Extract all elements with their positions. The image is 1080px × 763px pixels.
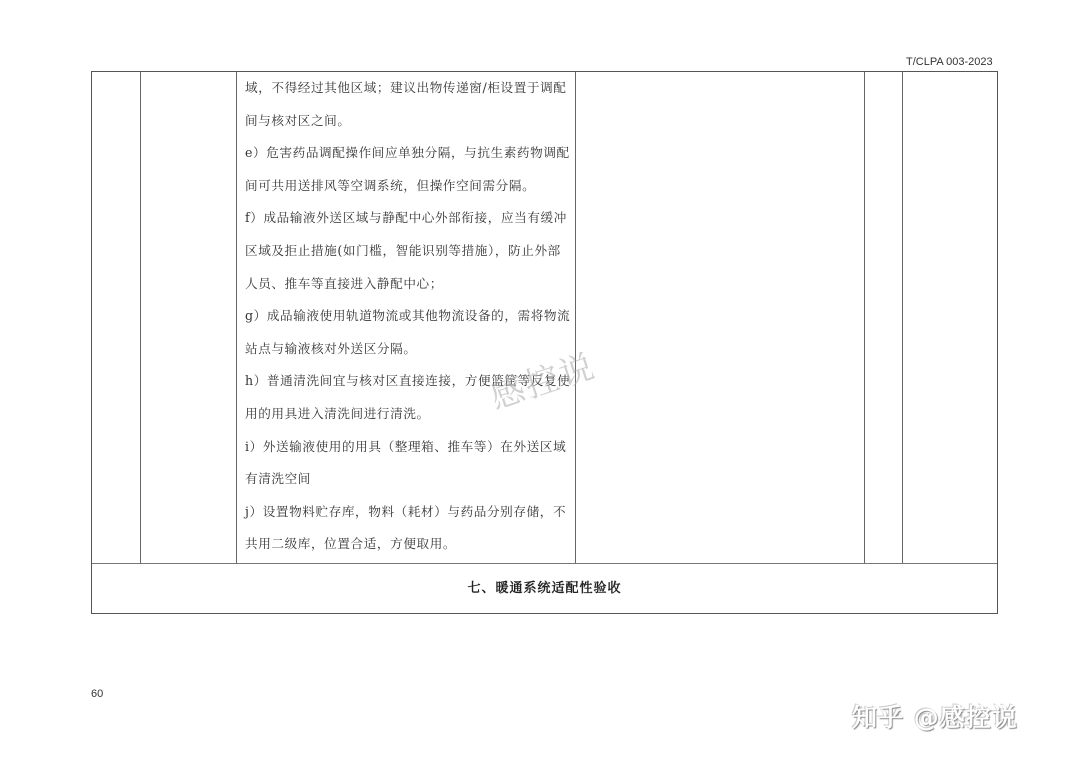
content-line: g）成品输液使用轨道物流或其他物流设备的，需将物流	[245, 300, 581, 333]
content-line: 有清洗空间	[245, 463, 581, 496]
content-line: 共用二级库，位置合适，方便取用。	[245, 528, 581, 561]
content-line: 间可共用送排风等空调系统，但操作空间需分隔。	[245, 170, 581, 203]
content-line: i）外送输液使用的用具（整理箱、推车等）在外送区域	[245, 431, 581, 464]
acceptance-table: 域，不得经过其他区域；建议出物传递窗/柜设置于调配 间与核对区之间。 e）危害药…	[91, 71, 998, 614]
requirement-text-cell: 域，不得经过其他区域；建议出物传递窗/柜设置于调配 间与核对区之间。 e）危害药…	[245, 72, 581, 561]
content-line: 区域及拒止措施(如门槛，智能识别等措施），防止外部	[245, 235, 581, 268]
document-code: T/CLPA 003-2023	[906, 56, 993, 68]
content-line: 域，不得经过其他区域；建议出物传递窗/柜设置于调配	[245, 72, 581, 105]
column-divider	[902, 72, 903, 563]
page-number: 60	[91, 688, 103, 700]
brand-watermark: 知乎 @感控说	[852, 698, 1018, 734]
content-line: e）危害药品调配操作间应单独分隔，与抗生素药物调配	[245, 137, 581, 170]
content-line: j）设置物料贮存库，物料（耗材）与药品分别存储，不	[245, 496, 581, 529]
content-line: 间与核对区之间。	[245, 105, 581, 138]
column-divider	[864, 72, 865, 563]
section-title: 七、暖通系统适配性验收	[92, 564, 997, 614]
column-divider	[236, 72, 237, 563]
content-line: f）成品输液外送区域与静配中心外部衔接，应当有缓冲	[245, 202, 581, 235]
content-line: 人员、推车等直接进入静配中心；	[245, 268, 581, 301]
column-divider	[140, 72, 141, 563]
